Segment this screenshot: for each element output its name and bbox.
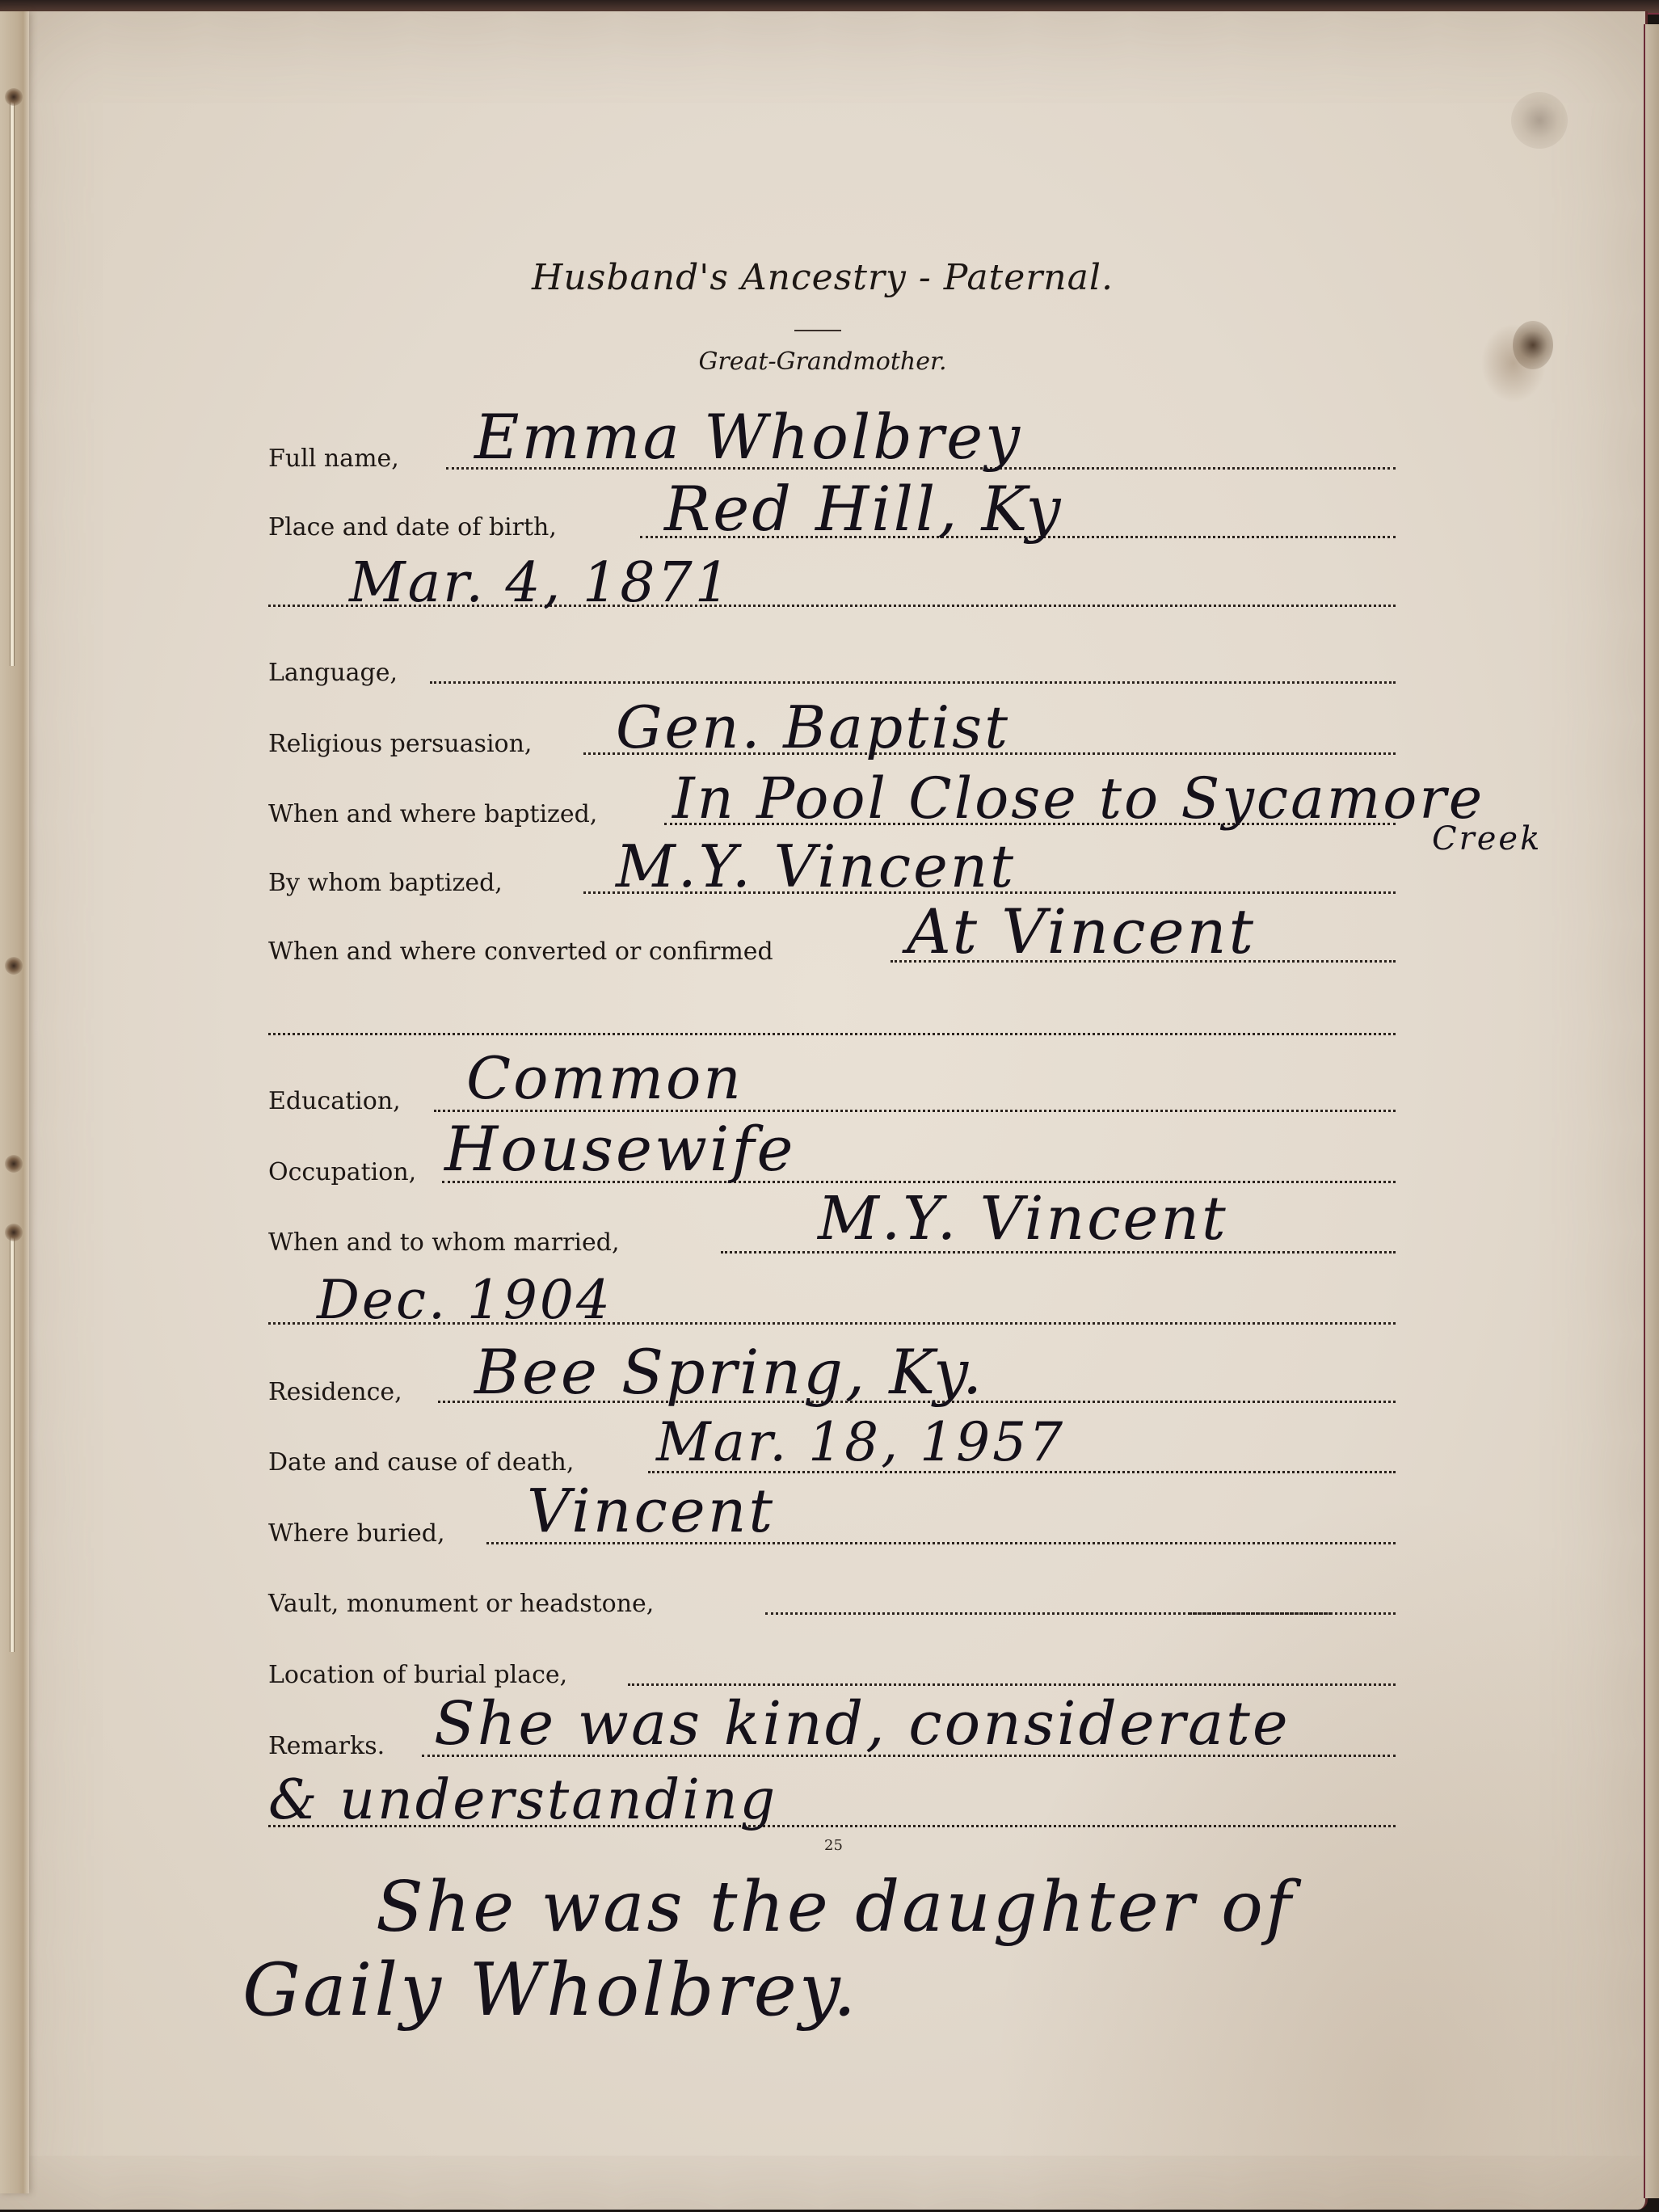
field-label: Residence,	[268, 1378, 402, 1406]
field-remarks: Remarks. She was kind, considerate	[268, 1712, 1396, 1760]
binding-thread	[10, 100, 15, 666]
stitch-hole	[5, 88, 23, 106]
handwritten-value: In Pool Close to Sycamore	[672, 765, 1484, 832]
field-burial-location: Location of burial place,	[268, 1641, 1396, 1689]
field-birth-continued: Mar. 4, 1871	[268, 562, 1396, 610]
field-residence: Residence, Bee Spring, Ky.	[268, 1358, 1396, 1406]
field-occupation: Occupation, Housewife	[268, 1138, 1396, 1186]
field-full-name: Full name, Emma Wholbrey	[268, 424, 1396, 473]
field-label: Place and date of birth,	[268, 513, 557, 541]
handwritten-value: Gen. Baptist	[616, 693, 1010, 761]
field-buried: Where buried, Vincent	[268, 1499, 1396, 1548]
field-language: Language,	[268, 638, 1396, 687]
handwritten-value: Common	[466, 1044, 743, 1112]
handwritten-value: & understanding	[268, 1768, 777, 1832]
fill-line	[1190, 1612, 1396, 1615]
fill-line	[628, 1683, 1396, 1686]
field-label: Where buried,	[268, 1519, 445, 1548]
book-binding	[0, 11, 29, 2193]
handwritten-value: Mar. 18, 1957	[656, 1411, 1065, 1473]
handwritten-value: M.Y. Vincent	[616, 832, 1016, 900]
field-converted: When and where converted or confirmed At…	[268, 917, 1396, 966]
handwritten-value-continued: Creek	[1432, 820, 1542, 857]
stitch-hole	[5, 1155, 23, 1173]
page-subtitle: Great-Grandmother.	[0, 348, 1645, 376]
fill-line	[268, 1033, 1396, 1035]
handwritten-value: Bee Spring, Ky.	[474, 1336, 984, 1408]
field-label: Location of burial place,	[268, 1661, 567, 1689]
fill-line	[430, 681, 1396, 684]
page-title: Husband's Ancestry - Paternal.	[0, 257, 1645, 298]
field-remarks-continued: & understanding	[268, 1782, 1396, 1831]
field-baptized-when-where: When and where baptized, In Pool Close t…	[268, 780, 1396, 828]
field-label: Education,	[268, 1087, 401, 1115]
field-label: Full name,	[268, 445, 399, 473]
field-label: Religious persuasion,	[268, 730, 532, 758]
handwritten-value: Red Hill, Ky	[664, 473, 1063, 545]
handwritten-value: Dec. 1904	[317, 1269, 613, 1331]
field-vault: Vault, monument or headstone,	[268, 1569, 1396, 1618]
field-married-continued: Dec. 1904	[268, 1279, 1396, 1328]
field-label: By whom baptized,	[268, 869, 503, 897]
field-converted-continued	[268, 990, 1396, 1039]
field-education: Education, Common	[268, 1067, 1396, 1115]
handwritten-value: Mar. 4, 1871	[349, 551, 732, 615]
field-birth: Place and date of birth, Red Hill, Ky	[268, 493, 1396, 541]
field-label: Occupation,	[268, 1158, 416, 1186]
title-divider	[794, 330, 841, 331]
handwritten-note-line2: Gaily Wholbrey.	[242, 1948, 858, 2033]
field-label: Language,	[268, 659, 398, 687]
field-label: Date and cause of death,	[268, 1448, 574, 1477]
field-label: Remarks.	[268, 1732, 385, 1760]
handwritten-value: At Vincent	[907, 895, 1256, 967]
field-death: Date and cause of death, Mar. 18, 1957	[268, 1428, 1396, 1477]
field-married: When and to whom married, M.Y. Vincent	[268, 1208, 1396, 1257]
stitch-hole	[5, 1224, 23, 1241]
field-label: When and to whom married,	[268, 1228, 620, 1257]
handwritten-value: Housewife	[444, 1113, 795, 1185]
handwritten-value: M.Y. Vincent	[818, 1184, 1228, 1253]
field-label: When and where baptized,	[268, 800, 597, 828]
handwritten-value: She was kind, considerate	[434, 1689, 1291, 1759]
handwritten-value: Vincent	[527, 1477, 775, 1546]
water-stain	[1511, 92, 1568, 149]
handwritten-note-line1: She was the daughter of	[376, 1867, 1294, 1948]
page-stack-edge	[1644, 24, 1659, 2198]
binding-thread	[10, 1232, 15, 1652]
field-label: When and where converted or confirmed	[268, 937, 773, 966]
handwritten-value: Emma Wholbrey	[474, 401, 1022, 473]
field-baptized-by: By whom baptized, M.Y. Vincent	[268, 849, 1396, 897]
stitch-hole	[5, 957, 23, 975]
field-religion: Religious persuasion, Gen. Baptist	[268, 710, 1396, 758]
field-label: Vault, monument or headstone,	[268, 1590, 654, 1618]
page-number: 25	[824, 1837, 843, 1854]
